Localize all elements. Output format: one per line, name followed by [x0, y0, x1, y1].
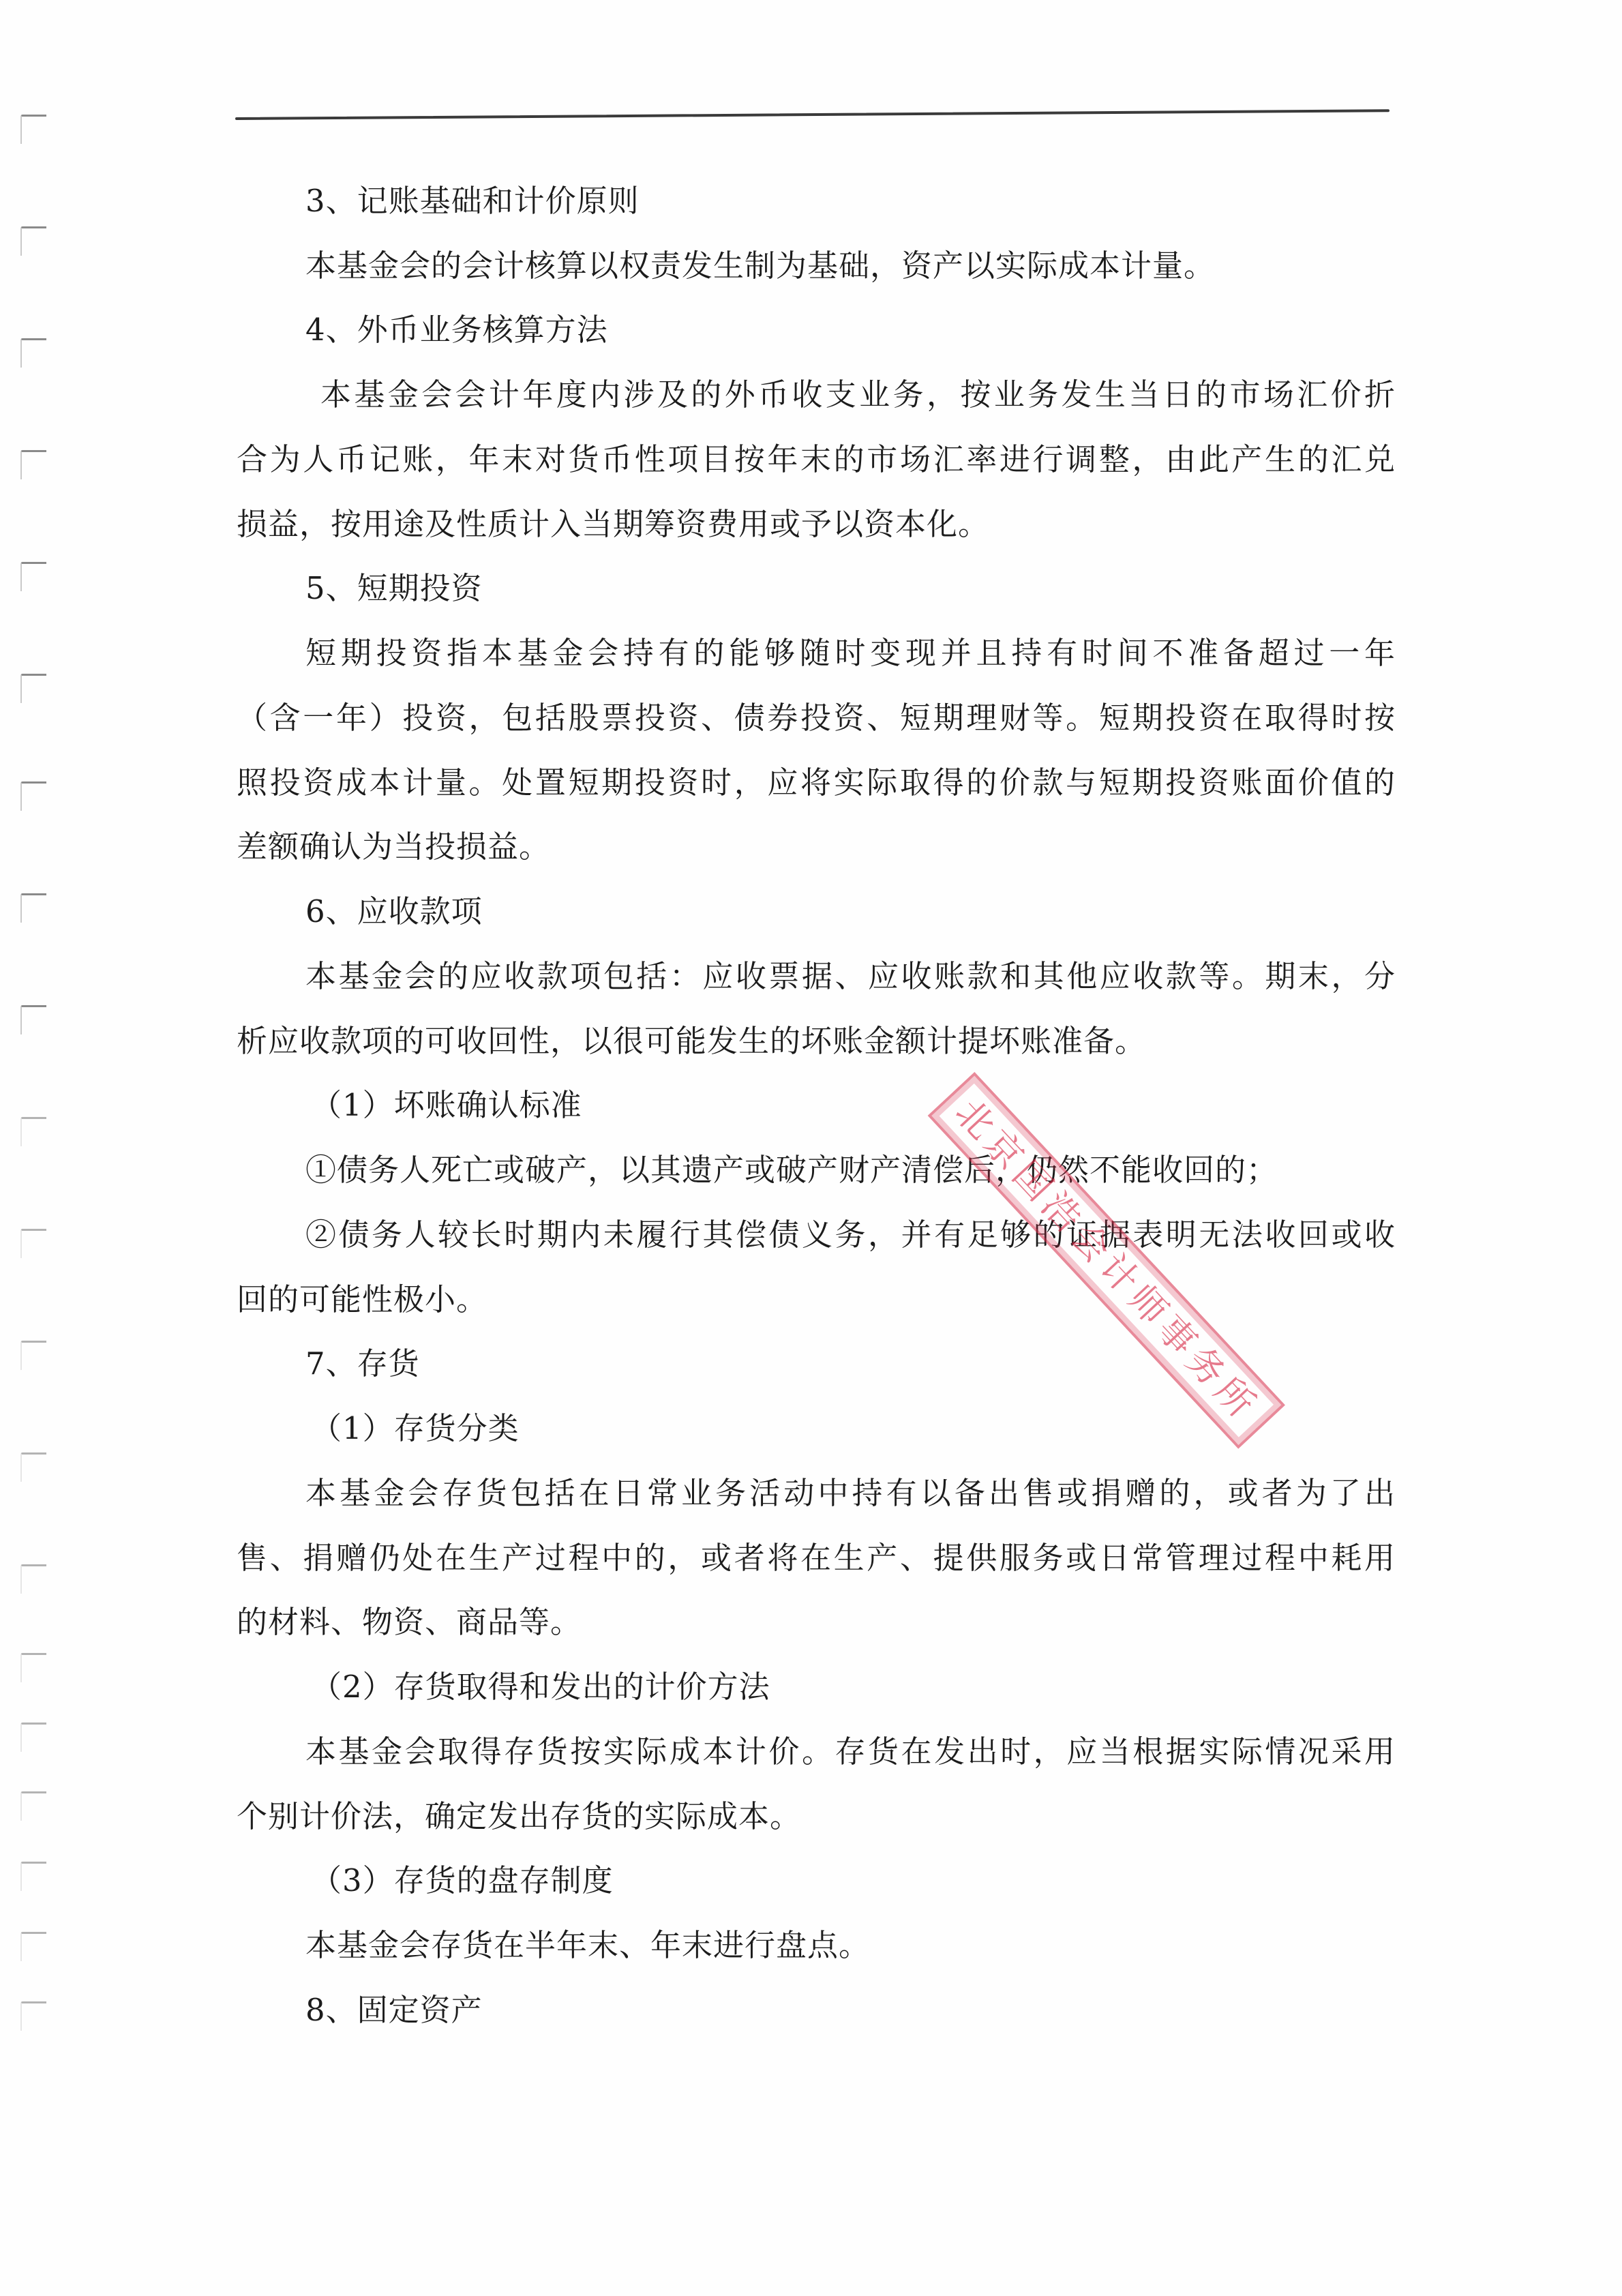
binding-mark: [20, 1229, 46, 1258]
scanned-document-page: 3、记账基础和计价原则 本基金会的会计核算以权责发生制为基础，资产以实际成本计量…: [0, 0, 1622, 2296]
paragraph-line: ①债务人死亡或破产，以其遗产或破产财产清偿后，仍然不能收回的；: [305, 1151, 1396, 1189]
section-heading: 6、应收款项: [305, 893, 1396, 931]
section-heading: 5、短期投资: [305, 569, 1396, 608]
binding-mark: [20, 450, 46, 479]
subsection-heading: （3）存货的盘存制度: [311, 1862, 1401, 1900]
paragraph-line: 本基金会会计年度内涉及的外币收支业务，按业务发生当日的市场汇价折: [320, 376, 1396, 414]
binding-mark: [20, 1117, 46, 1146]
header-rule: [235, 109, 1390, 120]
paragraph-line: 个别计价法，确定发出存货的实际成本。: [237, 1798, 1396, 1836]
section-heading: 3、记账基础和计价原则: [305, 182, 1396, 220]
binding-mark: [20, 781, 46, 811]
subsection-heading: （1）坏账确认标准: [311, 1086, 1401, 1124]
binding-mark: [20, 1341, 46, 1370]
paragraph-line: 本基金会取得存货按实际成本计价。存货在发出时，应当根据实际情况采用: [305, 1733, 1396, 1771]
subsection-heading: （2）存货取得和发出的计价方法: [311, 1668, 1401, 1706]
paragraph-line: （含一年）投资，包括股票投资、债券投资、短期理财等。短期投资在取得时按: [237, 699, 1396, 737]
paragraph-line: 析应收款项的可收回性，以很可能发生的坏账金额计提坏账准备。: [237, 1022, 1396, 1060]
binding-mark: [20, 1564, 46, 1594]
binding-mark: [20, 226, 46, 256]
binding-mark: [20, 2001, 46, 2031]
section-heading: 8、固定资产: [305, 1991, 1396, 2029]
paragraph-line: ②债务人较长时期内未履行其偿债义务，并有足够的证据表明无法收回或收: [305, 1216, 1396, 1254]
paragraph-line: 照投资成本计量。处置短期投资时，应将实际取得的价款与短期投资账面价值的: [237, 764, 1396, 802]
section-heading: 4、外币业务核算方法: [305, 311, 1396, 349]
binding-mark: [20, 562, 46, 591]
paragraph-line: 合为人币记账，年末对货币性项目按年末的市场汇率进行调整，由此产生的汇兑: [237, 441, 1396, 479]
binding-mark: [20, 1005, 46, 1034]
paragraph-line: 售、捐赠仍处在生产过程中的，或者将在生产、提供服务或日常管理过程中耗用: [237, 1539, 1396, 1577]
paragraph-line: 本基金会的会计核算以权责发生制为基础，资产以实际成本计量。: [305, 247, 1396, 285]
binding-mark: [20, 1791, 46, 1821]
binding-mark: [20, 1932, 46, 1961]
paragraph-line: 短期投资指本基金会持有的能够随时变现并且持有时间不准备超过一年: [305, 634, 1396, 672]
paragraph-line: 损益，按用途及性质计入当期筹资费用或予以资本化。: [237, 505, 1396, 543]
binding-mark: [20, 338, 46, 368]
binding-mark: [20, 1452, 46, 1482]
paragraph-line: 本基金会存货在半年末、年末进行盘点。: [305, 1926, 1396, 1965]
binding-mark: [20, 1723, 46, 1752]
binding-mark: [20, 115, 46, 144]
binding-mark: [20, 674, 46, 703]
red-seal-stamp: 北京国浩会计师事务所: [928, 1072, 1285, 1449]
binding-mark: [20, 1653, 46, 1682]
paragraph-line: 本基金会的应收款项包括：应收票据、应收账款和其他应收款等。期末，分: [305, 957, 1396, 996]
paragraph-line: 的材料、物资、商品等。: [237, 1603, 1396, 1641]
binding-mark: [20, 893, 46, 923]
paragraph-line: 回的可能性极小。: [237, 1281, 1396, 1319]
paragraph-line: 本基金会存货包括在日常业务活动中持有以备出售或捐赠的，或者为了出: [305, 1474, 1396, 1512]
paragraph-line: 差额确认为当投损益。: [237, 828, 1396, 866]
binding-mark: [20, 1862, 46, 1891]
